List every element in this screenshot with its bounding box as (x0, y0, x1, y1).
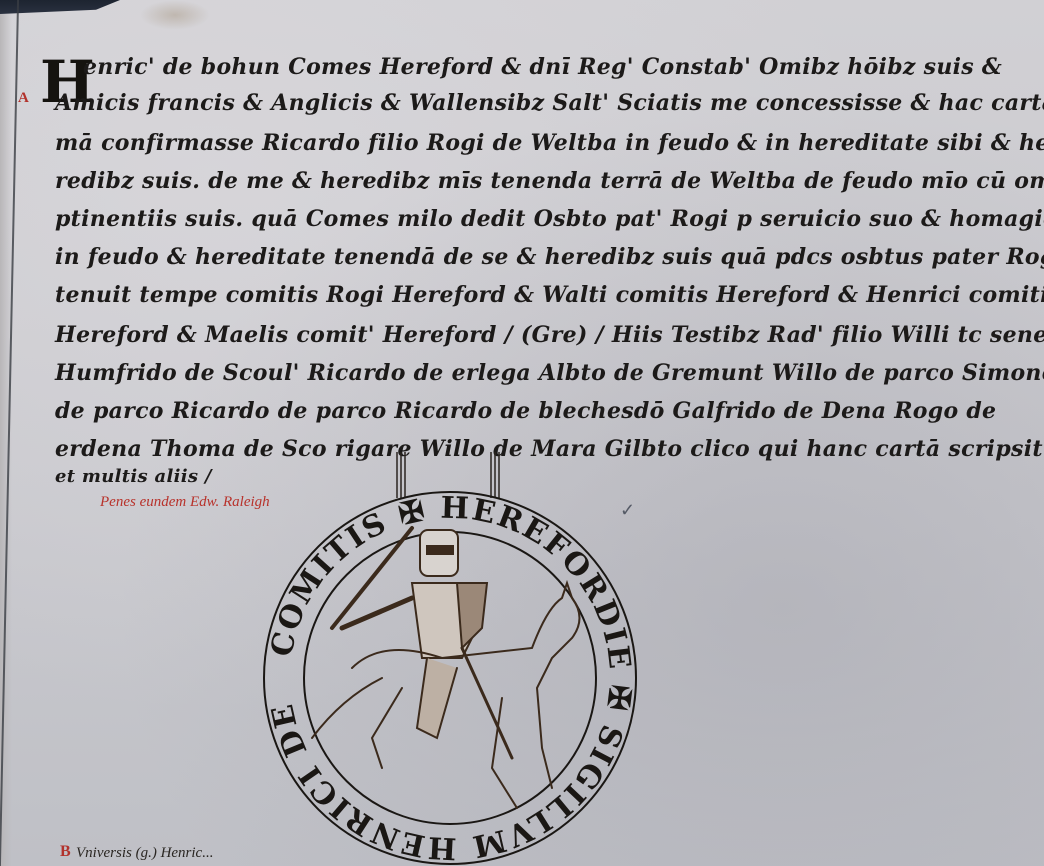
text-line-10: de parco Ricardo de parco Ricardo de ble… (55, 398, 996, 424)
text-line-5: ptinentiis suis. quā Comes milo dedit Os… (55, 206, 1044, 232)
next-charter-start: Vniversis (g.) Henric... (76, 845, 213, 862)
stain (140, 0, 210, 30)
text-line-3: mā confirmasse Ricardo filio Rogi de Wel… (55, 130, 1044, 156)
margin-note: Penes eundem Edw. Raleigh (100, 494, 270, 511)
text-line-9: Humfrido de Scoul' Ricardo de erlega Alb… (55, 360, 1044, 386)
text-line-7: tenuit tempe comitis Rogi Hereford & Wal… (55, 282, 1044, 308)
text-line-4: redibz suis. de me & heredibz mīs tenend… (55, 168, 1044, 194)
text-line-1: enric' de bohun Comes Hereford & dnī Reg… (83, 54, 1002, 80)
text-line-11: erdena Thoma de Sco rigare Willo de Mara… (55, 436, 1044, 462)
text-line-12: et multis aliis / (55, 466, 212, 487)
seal-svg: COMITIS ✠ HEREFORDIE ✠ SIGILLVM HENRICI … (262, 488, 638, 866)
seal-drawing: COMITIS ✠ HEREFORDIE ✠ SIGILLVM HENRICI … (262, 488, 638, 866)
text-line-6: in feudo & hereditate tenendā de se & he… (55, 244, 1044, 270)
text-line-2: Amicis francis & Anglicis & Wallensibz S… (55, 90, 1044, 116)
section-marker-b: B (60, 843, 71, 861)
manuscript-page: A H enric' de bohun Comes Hereford & dnī… (0, 0, 1044, 866)
section-marker-a: A (18, 90, 29, 107)
text-line-8: Hereford & Maelis comit' Hereford / (Gre… (55, 322, 1044, 348)
